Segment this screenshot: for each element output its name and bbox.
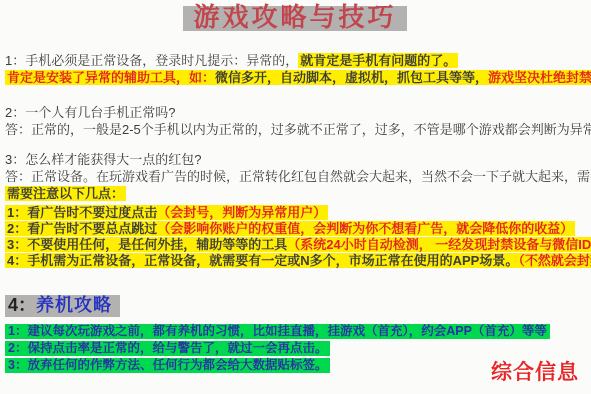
- qa1-line2-red-b: 游戏坚决杜绝封禁。: [488, 70, 591, 85]
- qa-block-3: 3：怎么样才能获得大一点的红包? 答：正常设备。在玩游戏看广告的时候，正常转化红…: [5, 151, 585, 202]
- document-page: 游戏攻略与技巧 1：手机必须是正常设备，登录时凡提示：异常的，就肯定是手机有问题…: [0, 0, 591, 374]
- section4-header-highlight: 4：养机攻略: [5, 295, 120, 317]
- qa3-note-highlight: 需要注意以下几点：: [5, 186, 126, 201]
- green-tip-1-text: 1：建议每次玩游戏之前，都有养机的习惯，比如挂直播，挂游戏（首充），约会APP（…: [5, 324, 550, 339]
- qa1-line2: 肯定是安装了异常的辅助工具，如：微信多开，自动脚本，虚拟机，抓包工具等等，游戏坚…: [5, 69, 585, 86]
- green-tip-2-text: 2：保持点击率是正常的，给与警告了，就过一会再点击。: [5, 341, 330, 356]
- qa1-line2-red-a: 肯定是安装了异常的辅助工具，如：: [7, 70, 215, 85]
- tip-1-text: 1：看广告时不要过度点击: [7, 205, 157, 220]
- green-tip-3-text: 3：放弃任何的作弊方法、任何行为都会给大数据贴标签。: [5, 358, 330, 373]
- tip-2-text: 2：看广告时不要总点跳过: [7, 221, 157, 236]
- qa3-question: 3：怎么样才能获得大一点的红包?: [5, 151, 585, 168]
- section4-title: 养机攻略: [36, 295, 112, 315]
- section4-header: 4：养机攻略: [5, 295, 585, 317]
- page-title: 游戏攻略与技巧: [183, 6, 406, 31]
- tip-1-highlight: 1：看广告时不要过度点击（会封号，判断为异常用户）: [5, 205, 328, 220]
- section4-number: 4：: [8, 295, 36, 315]
- qa-block-2: 2：一个人有几台手机正常吗? 答：正常的，一般是2-5个手机以内为正常的，过多就…: [5, 104, 585, 138]
- tip-item-1: 1：看广告时不要过度点击（会封号，判断为异常用户）: [5, 205, 585, 221]
- tip-2-warning: （会影响你账户的权重值，会判断为你不想看广告，就会降低你的收益）: [157, 221, 573, 236]
- qa1-line1: 1：手机必须是正常设备，登录时凡提示：异常的，就肯定是手机有问题的了。: [5, 52, 585, 69]
- tip-item-4: 4：手机需为正常设备，正常设备，就需要有一定或N多个，市场正常在使用的APP场景…: [5, 253, 585, 269]
- qa-block-1: 1：手机必须是正常设备，登录时凡提示：异常的，就肯定是手机有问题的了。 肯定是安…: [5, 52, 585, 86]
- qa1-line1-highlight: 就肯定是手机有问题的了。: [298, 53, 458, 68]
- green-tip-item-1: 1：建议每次玩游戏之前，都有养机的习惯，比如挂直播，挂游戏（首充），约会APP（…: [5, 323, 585, 340]
- tip-3-highlight: 3：不要使用任何，是任何外挂，辅助等等的工具（系统24小时自动检测， 一经发现封…: [5, 237, 591, 252]
- title-row: 游戏攻略与技巧: [5, 6, 585, 31]
- tips-list: 1：看广告时不要过度点击（会封号，判断为异常用户） 2：看广告时不要总点跳过（会…: [5, 205, 585, 269]
- qa1-line2-highlight: 肯定是安装了异常的辅助工具，如：微信多开，自动脚本，虚拟机，抓包工具等等，游戏坚…: [5, 70, 591, 85]
- tip-item-3: 3：不要使用任何，是任何外挂，辅助等等的工具（系统24小时自动检测， 一经发现封…: [5, 237, 585, 253]
- qa3-answer: 答：正常设备。在玩游戏看广告的时候，正常转化红包自然就会大起来，当然不会一下子就…: [5, 168, 585, 185]
- tip-2-highlight: 2：看广告时不要总点跳过（会影响你账户的权重值，会判断为你不想看广告，就会降低你…: [5, 221, 575, 236]
- info-badge: 综合信息: [491, 356, 579, 386]
- qa2-question: 2：一个人有几台手机正常吗?: [5, 104, 585, 121]
- qa1-line1-plain: 1：手机必须是正常设备，登录时凡提示：异常的，: [5, 53, 298, 68]
- tip-4-text: 4：手机需为正常设备，正常设备，就需要有一定或N多个，市场正常在使用的APP场景…: [7, 253, 518, 268]
- tip-1-warning: （会封号，判断为异常用户）: [157, 205, 326, 220]
- qa3-note: 需要注意以下几点：: [5, 185, 585, 202]
- tip-item-2: 2：看广告时不要总点跳过（会影响你账户的权重值，会判断为你不想看广告，就会降低你…: [5, 221, 585, 237]
- qa2-answer: 答：正常的，一般是2-5个手机以内为正常的，过多就不正常了，过多，不管是哪个游戏…: [5, 121, 585, 138]
- tip-3-warning: （系统24小时自动检测， 一经发现封禁设备与微信ID）: [287, 237, 591, 252]
- tip-3-text: 3：不要使用任何，是任何外挂，辅助等等的工具: [7, 237, 287, 252]
- tip-4-highlight: 4：手机需为正常设备，正常设备，就需要有一定或N多个，市场正常在使用的APP场景…: [5, 253, 591, 268]
- green-tip-item-2: 2：保持点击率是正常的，给与警告了，就过一会再点击。: [5, 340, 585, 357]
- qa1-line2-dark: 微信多开，自动脚本，虚拟机，抓包工具等等，: [215, 70, 488, 85]
- tip-4-warning: （不然就会封禁）: [518, 253, 591, 268]
